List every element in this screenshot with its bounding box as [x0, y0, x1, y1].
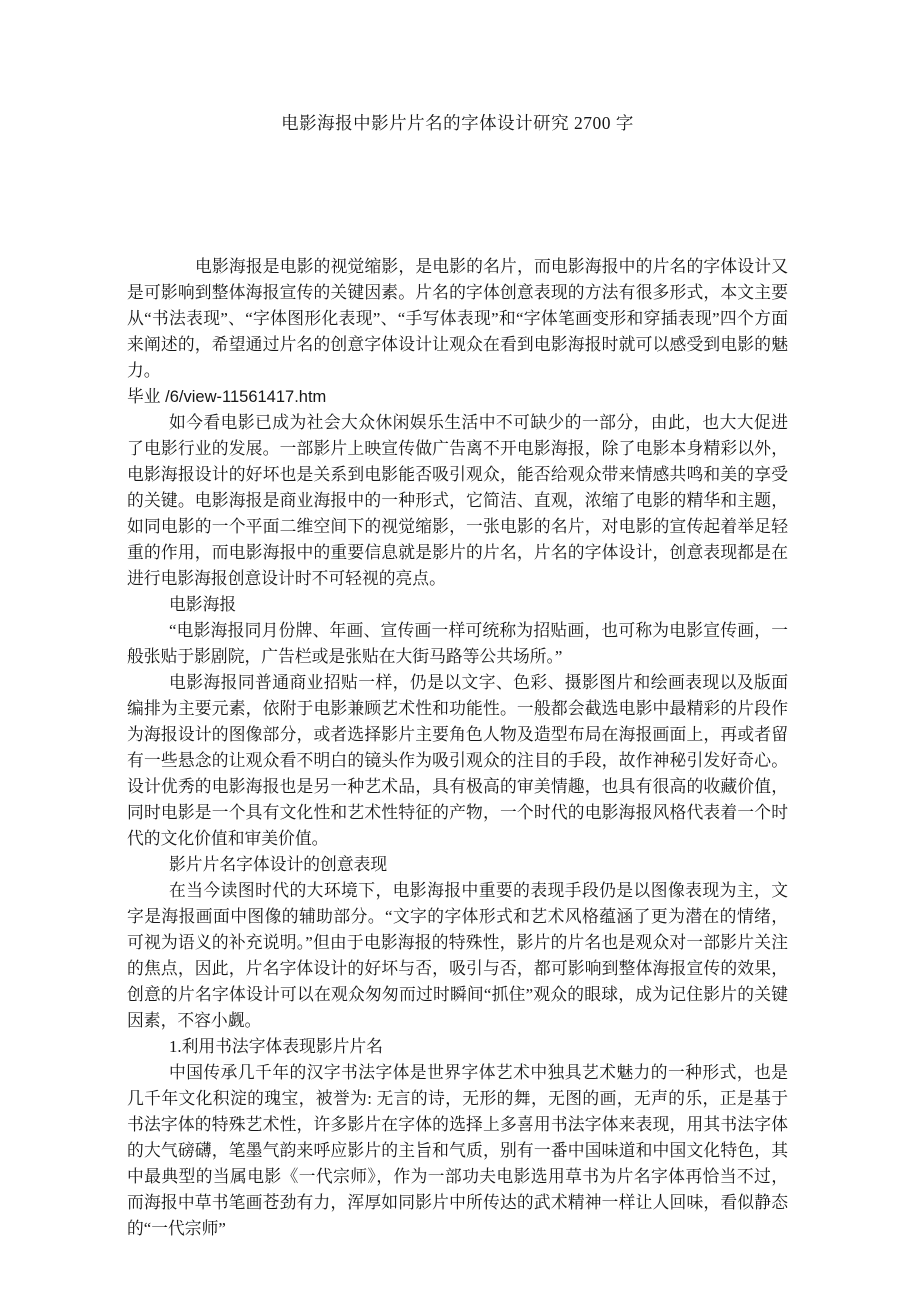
calligraphy-paragraph: 中国传承几千年的汉字书法字体是世界字体艺术中独具艺术魅力的一种形式，也是几千年文… — [127, 1060, 788, 1242]
page-title: 电影海报中影片片名的字体设计研究 2700 字 — [127, 110, 788, 136]
creative-expression-paragraph: 在当今读图时代的大环境下，电影海报中重要的表现手段仍是以图像表现为主，文字是海报… — [127, 878, 788, 1034]
poster-elements-paragraph: 电影海报同普通商业招贴一样，仍是以文字、色彩、摄影图片和绘画表现以及版面编排为主… — [127, 670, 788, 852]
source-path: /6/view-11561417.htm — [161, 388, 327, 406]
section-heading-creative-expression: 影片片名字体设计的创意表现 — [127, 852, 788, 878]
lead-paragraph: 电影海报是电影的视觉缩影，是电影的名片，而电影海报中的片名的字体设计又是可影响到… — [127, 254, 788, 384]
document-page: 电影海报中影片片名的字体设计研究 2700 字 电影海报是电影的视觉缩影，是电影… — [0, 0, 920, 1302]
section-heading-movie-poster: 电影海报 — [127, 592, 788, 618]
source-line: 毕业 /6/view-11561417.htm — [127, 384, 788, 410]
source-prefix: 毕业 — [127, 387, 161, 406]
section-heading-calligraphy: 1.利用书法字体表现影片片名 — [127, 1034, 788, 1060]
document-content: 电影海报中影片片名的字体设计研究 2700 字 电影海报是电影的视觉缩影，是电影… — [0, 0, 920, 1242]
intro-paragraph: 如今看电影已成为社会大众休闲娱乐生活中不可缺少的一部分，由此，也大大促进了电影行… — [127, 410, 788, 592]
document-body: 电影海报是电影的视觉缩影，是电影的名片，而电影海报中的片名的字体设计又是可影响到… — [127, 254, 788, 1242]
quote-paragraph: “电影海报同月份牌、年画、宣传画一样可统称为招贴画，也可称为电影宣传画，一般张贴… — [127, 618, 788, 670]
